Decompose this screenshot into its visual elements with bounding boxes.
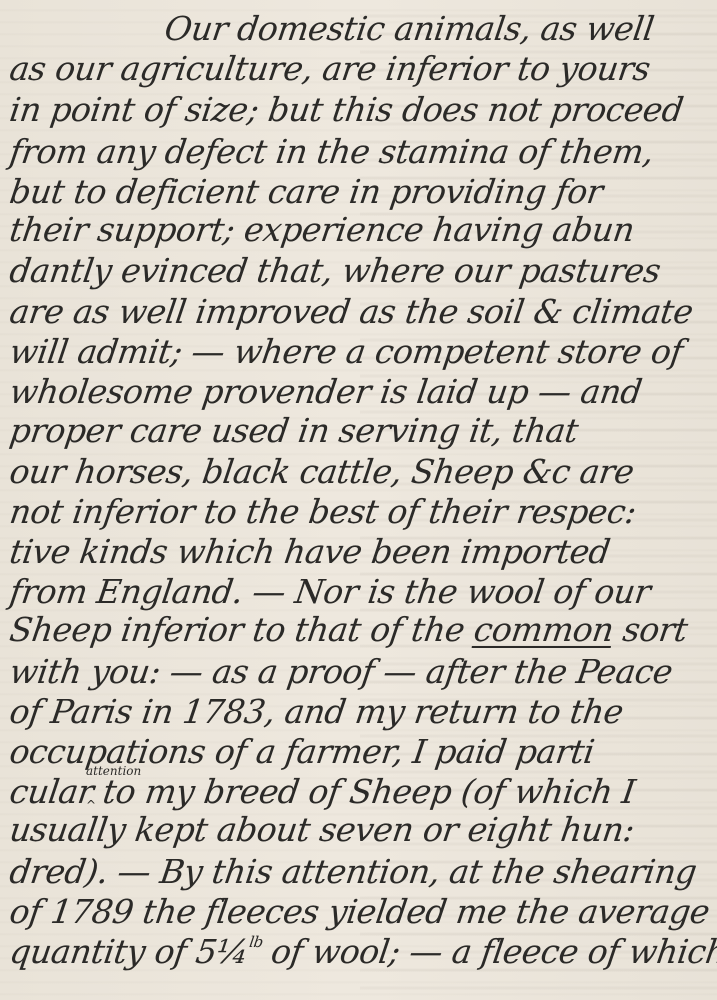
text-line-4: from any defect in the stamina of them, [8, 135, 656, 168]
text-line-1: Our domestic animals, as well [163, 12, 656, 45]
text-line-5: but to deficient care in providing for [8, 175, 605, 208]
text-line-11: proper care used in serving it, that [8, 414, 580, 447]
text-line-20-start: cular [7, 772, 96, 811]
text-line-16-start: Sheep inferior to that of the [7, 610, 477, 649]
text-line-12: our horses, black cattle, Sheep &c are [8, 455, 636, 488]
manuscript-page: Our domestic animals, as well as our agr… [0, 0, 717, 1000]
text-line-23: of 1789 the fleeces yielded me the avera… [8, 895, 712, 928]
text-line-14: tive kinds which have been imported [8, 535, 612, 568]
text-line-24-start: quantity of 5¼ [7, 932, 251, 971]
text-line-16: Sheep inferior to that of the common sor… [8, 613, 690, 646]
text-line-22: dred). — By this attention, at the shear… [8, 855, 699, 888]
text-line-2: as our agriculture, are inferior to your… [8, 52, 652, 85]
text-line-20-end: to my breed of Sheep (of which I [91, 772, 638, 811]
underlined-word-common: common [471, 610, 616, 649]
text-line-21: usually kept about seven or eight hun: [8, 813, 637, 846]
text-line-9: will admit; — where a competent store of [8, 335, 685, 368]
text-line-7: dantly evinced that, where our pastures [8, 254, 663, 287]
text-line-24-end: of wool; — a fleece of which [259, 932, 717, 971]
text-line-13: not inferior to the best of their respec… [8, 495, 638, 528]
text-line-24: quantity of 5¼lb of wool; — a fleece of … [8, 935, 717, 968]
text-line-8: are as well improved as the soil & clima… [8, 295, 695, 328]
text-line-15: from England. — Nor is the wool of our [8, 575, 653, 608]
text-line-18: of Paris in 1783, and my return to the [8, 695, 626, 728]
text-line-3: in point of size; but this does not proc… [8, 93, 685, 126]
text-line-16-end: sort [611, 610, 690, 649]
text-line-17: with you: — as a proof — after the Peace [8, 655, 675, 688]
text-line-20: cular to my breed of Sheep (of which I [8, 775, 637, 808]
text-line-6: their support; experience having abun [8, 213, 637, 246]
text-line-10: wholesome provender is laid up — and [8, 375, 644, 408]
